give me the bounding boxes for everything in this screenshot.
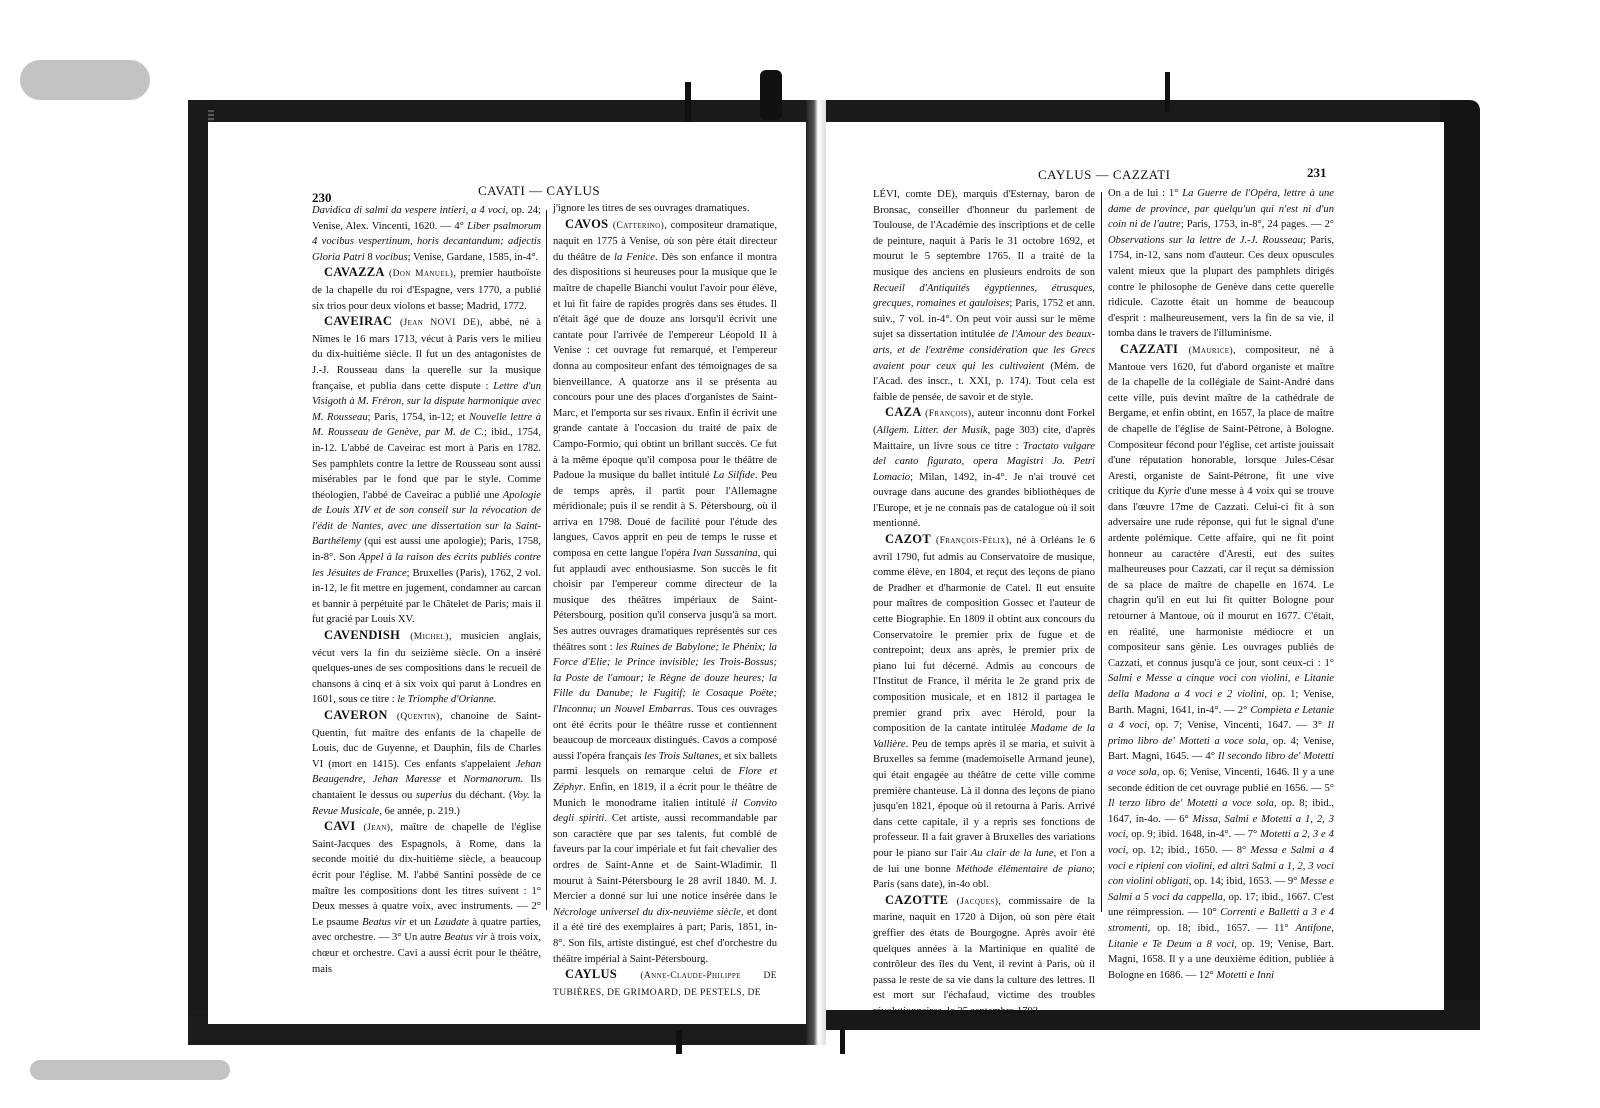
entry-headword: CAZA	[885, 405, 925, 419]
entry-text: , commissaire de la marine, naquit en 17…	[873, 896, 1095, 1017]
entry-text: On a de lui : 1°	[1108, 188, 1182, 199]
entry-text: la	[530, 790, 541, 801]
italic-title-text: Au clair de la lune	[971, 848, 1054, 859]
italic-title-text: Méthode élémentaire de piano	[956, 864, 1092, 875]
dictionary-entry: CAZOTTE (Jacques), commissaire de la mar…	[873, 893, 1095, 1020]
italic-title-text: Ivan Sussanina	[693, 548, 758, 559]
entry-name: (Catterino)	[613, 221, 664, 231]
bookmark-tab	[685, 82, 691, 122]
dictionary-entry: CAVENDISH (Michel), musicien anglais, vé…	[312, 628, 541, 708]
dictionary-entry: CAVI (Jean), maître de chapelle de l'égl…	[312, 819, 541, 977]
entry-text: , compositeur, né à Mantoue vers 1620, f…	[1108, 345, 1334, 497]
entry-text: du déchant. (	[452, 790, 513, 801]
italic-title-text: Beatus vir	[362, 917, 406, 928]
italic-title-text: les Trois Sultanes	[644, 751, 718, 762]
italic-title-text: Nécrologe universel du dix-neuvième sièc…	[553, 907, 741, 918]
bookmark-tab	[760, 70, 782, 120]
entry-name: (François-Félix)	[936, 536, 1009, 546]
entry-headword: CAVAZZA	[324, 265, 389, 279]
entry-text: , qui fut applaudi avec enthousiasme. So…	[553, 548, 777, 653]
dictionary-entry: CAZZATI (Maurice), compositeur, né à Man…	[1108, 342, 1334, 983]
italic-title-text: Observations sur la lettre de J.-J. Rous…	[1108, 235, 1303, 246]
italic-title-text: Revue Musicale	[312, 806, 379, 817]
running-head-left: CAVATI — CAYLUS	[478, 183, 600, 199]
italic-title-text: Allgem. Litter. der Musik	[877, 425, 988, 436]
entry-continuation: LÉVI, comte DE), marquis d'Esternay, bar…	[873, 187, 1095, 405]
italic-title-text: Davidica di salmi da vespere intieri, a …	[312, 205, 508, 216]
entry-text: j'ignore les titres de ses ouvrages dram…	[553, 203, 749, 214]
entry-headword: CAVENDISH	[324, 628, 410, 642]
dictionary-entry: CAVEIRAC (Jean NOVI DE), abbé, né à Nîme…	[312, 314, 541, 628]
column-rule	[1101, 192, 1102, 912]
entry-name: (Don Manuel)	[389, 269, 453, 279]
entry-headword: CAVOS	[565, 217, 613, 231]
scan-artifact	[20, 60, 150, 100]
italic-title-text: Il terzo libro de' Motetti a voce sola	[1108, 798, 1274, 809]
entry-text: ; Paris, 1754, in-12; et	[368, 412, 469, 423]
entry-continuation: j'ignore les titres de ses ouvrages dram…	[553, 201, 777, 217]
dictionary-entry: CAVERON (Quentin), chanoine de Saint-Que…	[312, 708, 541, 819]
italic-title-text: vocibus	[375, 252, 407, 263]
scan-artifact	[30, 1060, 230, 1080]
italic-title-text: la Fenice	[614, 252, 655, 263]
column-rule	[546, 210, 547, 910]
left-page-column-1: Davidica di salmi da vespere intieri, a …	[312, 203, 541, 977]
dictionary-entry: CAYLUS (Anne-Claude-Philippe DE TUBIÈRES…	[553, 967, 777, 1001]
entry-text: et un	[406, 917, 434, 928]
italic-title-text: Kyrie	[1158, 486, 1182, 497]
entry-text: et	[441, 774, 463, 785]
book-page-edges-right	[1440, 100, 1480, 1030]
italic-title-text: Motetti e Inni	[1216, 970, 1274, 981]
entry-text: , 6e année, p. 219.)	[379, 806, 460, 817]
italic-title-text: Beatus vir	[444, 932, 487, 943]
book-gutter	[806, 100, 826, 1045]
entry-text: ; Paris, 1753, in-8°, 24 pages. — 2°	[1181, 219, 1334, 230]
entry-text: . Peu de temps après il se maria, et sui…	[873, 739, 1095, 859]
dictionary-entry: CAVAZZA (Don Manuel), premier hautboïste…	[312, 265, 541, 314]
entry-headword: CAVERON	[324, 708, 397, 722]
dictionary-entry: CAZOT (François-Félix), né à Orléans le …	[873, 532, 1095, 893]
italic-title-text: La Silfide	[713, 470, 755, 481]
entry-headword: CAZOT	[885, 532, 936, 546]
entry-name: (Quentin)	[397, 712, 440, 722]
italic-title-text: superius	[416, 790, 452, 801]
entry-name: (Jean)	[364, 823, 391, 833]
entry-text: ; Paris, 1754, in-12, sans nom d'auteur.…	[1108, 235, 1334, 340]
entry-name: (Jacques)	[957, 897, 999, 907]
entry-headword: CAVEIRAC	[324, 314, 400, 328]
entry-name: (François)	[925, 409, 971, 419]
entry-text: . Cet artiste, aussi recommandable par s…	[553, 813, 777, 902]
bookmark-tab	[840, 1030, 845, 1054]
entry-headword: CAZZATI	[1120, 342, 1189, 356]
entry-name: (Michel)	[410, 632, 449, 642]
entry-text: . Peu de temps après, il partit pour l'A…	[553, 470, 777, 559]
right-page-column-1: LÉVI, comte DE), marquis d'Esternay, bar…	[873, 187, 1095, 1019]
italic-title-text: Laudate	[434, 917, 469, 928]
entry-text: , op. 9; ibid. 1648, in-4°. — 7°	[1126, 829, 1261, 840]
italic-title-text: le Triomphe d'Orianne.	[397, 694, 496, 705]
entry-headword: CAVI	[324, 819, 364, 833]
entry-text: 8	[365, 252, 376, 263]
right-page-column-2: On a de lui : 1° La Guerre de l'Opéra, l…	[1108, 186, 1334, 983]
entry-text: , op. 7; Venise, Vincenti, 1647. — 3°	[1147, 720, 1327, 731]
page-number-right: 231	[1307, 165, 1327, 181]
italic-title-text: Voy.	[512, 790, 529, 801]
dictionary-entry: CAVOS (Catterino), compositeur dramatiqu…	[553, 217, 777, 968]
italic-title-text: Normanorum	[463, 774, 520, 785]
entry-name: (Jean NOVI DE)	[400, 318, 480, 328]
entry-text: , né à Orléans le 6 avril 1790, fut admi…	[873, 535, 1095, 734]
entry-continuation: Davidica di salmi da vespere intieri, a …	[312, 203, 541, 265]
entry-text: , maître de chapelle de l'église Saint-J…	[312, 822, 541, 928]
bookmark-tab	[1165, 72, 1170, 112]
entry-text: , op. 14; ibid, 1653. — 9°	[1189, 876, 1300, 887]
dictionary-entry: CAZA (François), auteur inconnu dont For…	[873, 405, 1095, 532]
entry-text: d'une messe à 4 voix qui se trouve dans …	[1108, 486, 1334, 669]
entry-text: LÉVI, comte DE), marquis d'Esternay, bar…	[873, 189, 1095, 278]
left-page-column-2: j'ignore les titres de ses ouvrages dram…	[553, 201, 777, 1001]
running-head-right: CAYLUS — CAZZATI	[1038, 167, 1170, 183]
entry-headword: CAYLUS	[565, 967, 640, 981]
entry-text: ; Venise, Gardane, 1585, in-4°.	[408, 252, 539, 263]
bookmark-tab	[676, 1030, 682, 1054]
entry-text: , op. 12; ibid., 1650. — 8°	[1126, 845, 1251, 856]
entry-name: (Maurice)	[1189, 346, 1233, 356]
entry-headword: CAZOTTE	[885, 893, 957, 907]
entry-text: , op. 18; ibid., 1657. — 11°	[1148, 923, 1296, 934]
entry-continuation: On a de lui : 1° La Guerre de l'Opéra, l…	[1108, 186, 1334, 342]
entry-text: . Dès son enfance il montra des disposit…	[553, 252, 777, 481]
